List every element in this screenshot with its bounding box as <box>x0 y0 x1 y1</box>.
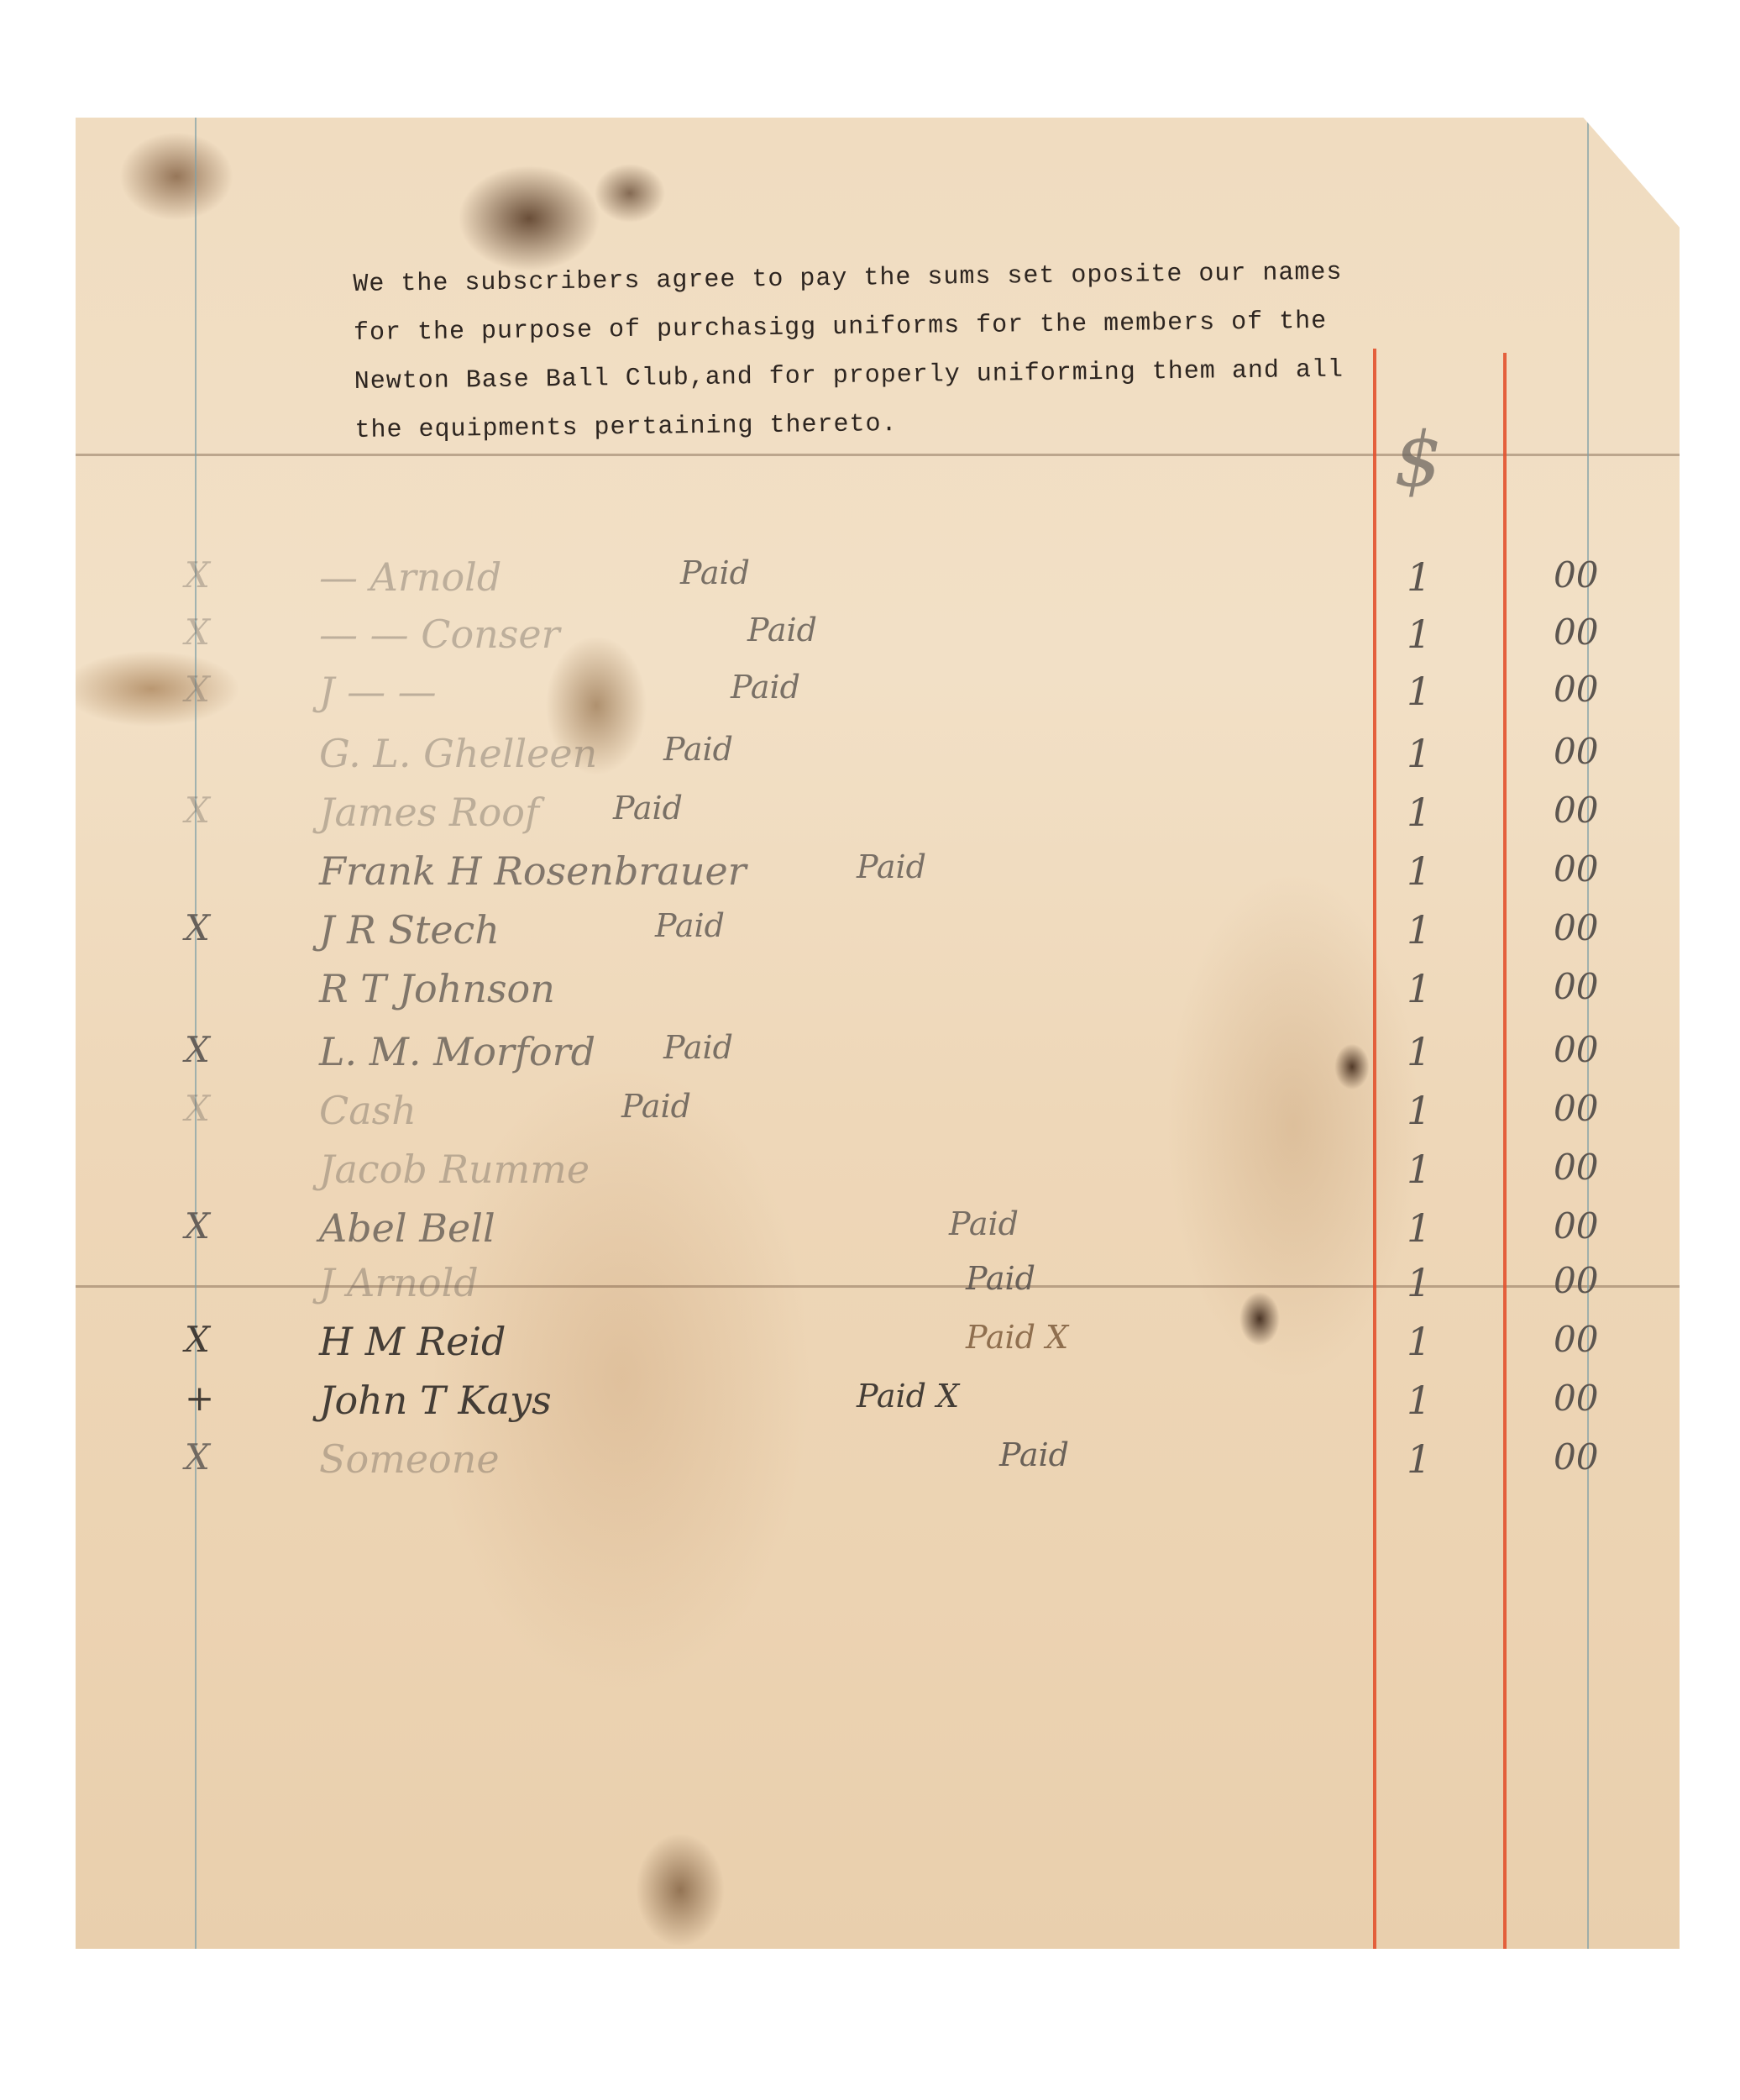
paid-note: Paid <box>621 1088 691 1125</box>
subscriber-row: G. L. Ghelleen Paid 1 00 <box>76 731 1680 778</box>
subscriber-row: X H M Reid Paid X 1 00 <box>76 1319 1680 1366</box>
paid-note: Paid <box>663 1029 733 1066</box>
check-mark: X <box>185 1088 210 1129</box>
amount-dollars: 1 <box>1407 612 1431 657</box>
subscriber-row: X — — Conser Paid 1 00 <box>76 612 1680 659</box>
subscriber-name: J — — <box>319 669 437 714</box>
subscriber-row: X L. M. Morford Paid 1 00 <box>76 1029 1680 1076</box>
paid-note: Paid <box>680 554 750 591</box>
amount-dollars: 1 <box>1407 1088 1431 1133</box>
paid-note: Paid <box>613 790 683 827</box>
subscriber-name: Someone <box>319 1436 500 1482</box>
dollar-sign-heading: $ <box>1394 416 1442 504</box>
paid-note: Paid <box>731 669 800 706</box>
subscriber-name: Jacob Rumme <box>319 1147 590 1192</box>
subscriber-row: X J R Stech Paid 1 00 <box>76 907 1680 954</box>
amount-cents: 00 <box>1554 1205 1598 1247</box>
amount-cents: 00 <box>1554 1260 1598 1301</box>
check-mark: X <box>185 1029 210 1070</box>
check-mark: + <box>185 1378 214 1419</box>
subscriber-name: Cash <box>319 1088 417 1133</box>
subscriber-row: X Abel Bell Paid 1 00 <box>76 1205 1680 1252</box>
check-mark: X <box>185 907 210 948</box>
paid-note: Paid <box>747 612 817 648</box>
amount-dollars: 1 <box>1407 1260 1431 1305</box>
amount-cents: 00 <box>1554 612 1598 653</box>
amount-dollars: 1 <box>1407 731 1431 776</box>
subscriber-row: J Arnold Paid 1 00 <box>76 1260 1680 1307</box>
subscriber-name: L. M. Morford <box>319 1029 595 1074</box>
check-mark: X <box>185 1436 210 1478</box>
paid-note: Paid X <box>857 1378 959 1415</box>
amount-dollars: 1 <box>1407 1436 1431 1482</box>
amount-dollars: 1 <box>1407 1147 1431 1192</box>
amount-cents: 00 <box>1554 790 1598 831</box>
amount-dollars: 1 <box>1407 1029 1431 1074</box>
amount-cents: 00 <box>1554 1436 1598 1478</box>
subscriber-name: — — Conser <box>319 612 560 657</box>
subscriber-row: Frank H Rosenbrauer Paid 1 00 <box>76 848 1680 895</box>
amount-dollars: 1 <box>1407 1319 1431 1364</box>
amount-cents: 00 <box>1554 848 1598 890</box>
amount-dollars: 1 <box>1407 790 1431 835</box>
subscriber-row: X Cash Paid 1 00 <box>76 1088 1680 1135</box>
amount-cents: 00 <box>1554 1319 1598 1360</box>
subscriber-row: X Someone Paid 1 00 <box>76 1436 1680 1483</box>
paid-note: Paid <box>857 848 926 885</box>
amount-cents: 00 <box>1554 554 1598 596</box>
check-mark: X <box>185 612 210 653</box>
subscriber-name: R T Johnson <box>319 966 555 1011</box>
subscriber-name: — Arnold <box>319 554 501 600</box>
amount-cents: 00 <box>1554 731 1598 772</box>
subscriber-name: J R Stech <box>319 907 500 953</box>
subscriber-name: John T Kays <box>319 1378 552 1423</box>
subscription-sheet: We the subscribers agree to pay the sums… <box>76 118 1680 1949</box>
amount-cents: 00 <box>1554 1088 1598 1129</box>
typed-header: We the subscribers agree to pay the sums… <box>353 249 1344 455</box>
subscriber-name: H M Reid <box>319 1319 506 1364</box>
amount-cents: 00 <box>1554 907 1598 948</box>
subscriber-name: J Arnold <box>319 1260 479 1305</box>
amount-cents: 00 <box>1554 669 1598 710</box>
paid-note: Paid <box>655 907 725 944</box>
check-mark: X <box>185 1319 210 1360</box>
subscriber-name: Frank H Rosenbrauer <box>319 848 747 894</box>
subscriber-name: Abel Bell <box>319 1205 495 1251</box>
check-mark: X <box>185 1205 210 1247</box>
subscriber-row: X J — — Paid 1 00 <box>76 669 1680 716</box>
check-mark: X <box>185 554 210 596</box>
subscriber-row: X — Arnold Paid 1 00 <box>76 554 1680 601</box>
paid-note: Paid <box>999 1436 1069 1473</box>
amount-cents: 00 <box>1554 966 1598 1007</box>
check-mark: X <box>185 790 210 831</box>
amount-dollars: 1 <box>1407 848 1431 894</box>
amount-dollars: 1 <box>1407 966 1431 1011</box>
paid-note: Paid <box>949 1205 1019 1242</box>
amount-cents: 00 <box>1554 1029 1598 1070</box>
subscriber-row: X James Roof Paid 1 00 <box>76 790 1680 837</box>
amount-dollars: 1 <box>1407 1205 1431 1251</box>
subscriber-name: G. L. Ghelleen <box>319 731 597 776</box>
subscriber-row: R T Johnson 1 00 <box>76 966 1680 1013</box>
amount-cents: 00 <box>1554 1378 1598 1419</box>
paid-note: Paid <box>663 731 733 768</box>
subscriber-row: Jacob Rumme 1 00 <box>76 1147 1680 1194</box>
amount-dollars: 1 <box>1407 907 1431 953</box>
paid-note: Paid X <box>966 1319 1068 1356</box>
subscriber-row: + John T Kays Paid X 1 00 <box>76 1378 1680 1425</box>
check-mark: X <box>185 669 210 710</box>
amount-dollars: 1 <box>1407 669 1431 714</box>
amount-dollars: 1 <box>1407 1378 1431 1423</box>
paid-note: Paid <box>966 1260 1035 1297</box>
amount-cents: 00 <box>1554 1147 1598 1188</box>
subscriber-name: James Roof <box>319 790 539 835</box>
amount-dollars: 1 <box>1407 554 1431 600</box>
